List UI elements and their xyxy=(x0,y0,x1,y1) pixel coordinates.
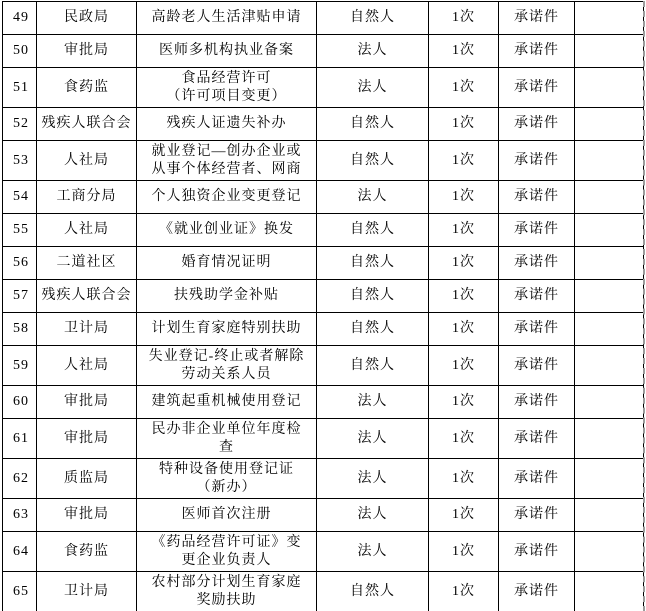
item-name-cell: 《就业创业证》换发 xyxy=(137,214,317,247)
document-page: 49 民政局 高龄老人生活津贴申请 自然人 1次 承诺件 50 审批局 医师多机… xyxy=(0,1,646,611)
item-name-cell: 医师多机构执业备案 xyxy=(137,35,317,68)
department-cell: 审批局 xyxy=(37,386,137,419)
department-cell: 残疾人联合会 xyxy=(37,108,137,141)
item-name-cell: 医师首次注册 xyxy=(137,499,317,532)
frequency-cell: 1次 xyxy=(429,532,499,572)
blank-cell xyxy=(575,346,644,386)
row-number-cell: 57 xyxy=(3,280,37,313)
blank-cell xyxy=(575,247,644,280)
category-cell: 承诺件 xyxy=(499,532,575,572)
item-name-cell: 残疾人证遗失补办 xyxy=(137,108,317,141)
table-row: 54 工商分局 个人独资企业变更登记 法人 1次 承诺件 xyxy=(3,181,644,214)
category-cell: 承诺件 xyxy=(499,459,575,499)
table-row: 57 残疾人联合会 扶残助学金补贴 自然人 1次 承诺件 xyxy=(3,280,644,313)
applicant-type-cell: 自然人 xyxy=(317,346,429,386)
department-cell: 民政局 xyxy=(37,2,137,35)
applicant-type-cell: 法人 xyxy=(317,386,429,419)
category-cell: 承诺件 xyxy=(499,35,575,68)
department-cell: 残疾人联合会 xyxy=(37,280,137,313)
item-name-cell: 扶残助学金补贴 xyxy=(137,280,317,313)
item-name-cell: 民办非企业单位年度检 查 xyxy=(137,419,317,459)
category-cell: 承诺件 xyxy=(499,108,575,141)
frequency-cell: 1次 xyxy=(429,280,499,313)
department-cell: 食药监 xyxy=(37,532,137,572)
item-name-cell: 个人独资企业变更登记 xyxy=(137,181,317,214)
department-cell: 人社局 xyxy=(37,214,137,247)
applicant-type-cell: 自然人 xyxy=(317,108,429,141)
blank-cell xyxy=(575,35,644,68)
row-number-cell: 55 xyxy=(3,214,37,247)
category-cell: 承诺件 xyxy=(499,68,575,108)
row-number-cell: 53 xyxy=(3,141,37,181)
item-name-cell: 《药品经营许可证》变 更企业负责人 xyxy=(137,532,317,572)
table-row: 60 审批局 建筑起重机械使用登记 法人 1次 承诺件 xyxy=(3,386,644,419)
blank-cell xyxy=(575,2,644,35)
blank-cell xyxy=(575,313,644,346)
frequency-cell: 1次 xyxy=(429,35,499,68)
category-cell: 承诺件 xyxy=(499,419,575,459)
frequency-cell: 1次 xyxy=(429,346,499,386)
table-row: 51 食药监 食品经营许可 （许可项目变更） 法人 1次 承诺件 xyxy=(3,68,644,108)
row-number-cell: 64 xyxy=(3,532,37,572)
table-row: 52 残疾人联合会 残疾人证遗失补办 自然人 1次 承诺件 xyxy=(3,108,644,141)
applicant-type-cell: 法人 xyxy=(317,499,429,532)
category-cell: 承诺件 xyxy=(499,2,575,35)
blank-cell xyxy=(575,108,644,141)
applicant-type-cell: 法人 xyxy=(317,419,429,459)
department-cell: 审批局 xyxy=(37,419,137,459)
frequency-cell: 1次 xyxy=(429,499,499,532)
category-cell: 承诺件 xyxy=(499,499,575,532)
blank-cell xyxy=(575,141,644,181)
item-name-cell: 食品经营许可 （许可项目变更） xyxy=(137,68,317,108)
frequency-cell: 1次 xyxy=(429,181,499,214)
item-name-cell: 失业登记-终止或者解除 劳动关系人员 xyxy=(137,346,317,386)
row-number-cell: 50 xyxy=(3,35,37,68)
blank-cell xyxy=(575,499,644,532)
item-name-cell: 建筑起重机械使用登记 xyxy=(137,386,317,419)
department-cell: 人社局 xyxy=(37,141,137,181)
row-number-cell: 63 xyxy=(3,499,37,532)
table-row: 55 人社局 《就业创业证》换发 自然人 1次 承诺件 xyxy=(3,214,644,247)
applicant-type-cell: 自然人 xyxy=(317,2,429,35)
applicant-type-cell: 法人 xyxy=(317,459,429,499)
table-body: 49 民政局 高龄老人生活津贴申请 自然人 1次 承诺件 50 审批局 医师多机… xyxy=(3,2,644,611)
applicant-type-cell: 自然人 xyxy=(317,247,429,280)
frequency-cell: 1次 xyxy=(429,214,499,247)
item-name-cell: 计划生育家庭特别扶助 xyxy=(137,313,317,346)
frequency-cell: 1次 xyxy=(429,386,499,419)
row-number-cell: 65 xyxy=(3,572,37,611)
frequency-cell: 1次 xyxy=(429,313,499,346)
item-name-cell: 特种设备使用登记证 （新办） xyxy=(137,459,317,499)
row-number-cell: 54 xyxy=(3,181,37,214)
category-cell: 承诺件 xyxy=(499,141,575,181)
department-cell: 卫计局 xyxy=(37,313,137,346)
applicant-type-cell: 法人 xyxy=(317,532,429,572)
table-row: 58 卫计局 计划生育家庭特别扶助 自然人 1次 承诺件 xyxy=(3,313,644,346)
category-cell: 承诺件 xyxy=(499,572,575,611)
frequency-cell: 1次 xyxy=(429,2,499,35)
frequency-cell: 1次 xyxy=(429,141,499,181)
row-number-cell: 60 xyxy=(3,386,37,419)
category-cell: 承诺件 xyxy=(499,247,575,280)
item-name-cell: 高龄老人生活津贴申请 xyxy=(137,2,317,35)
frequency-cell: 1次 xyxy=(429,459,499,499)
table-row: 64 食药监 《药品经营许可证》变 更企业负责人 法人 1次 承诺件 xyxy=(3,532,644,572)
department-cell: 食药监 xyxy=(37,68,137,108)
applicant-type-cell: 自然人 xyxy=(317,214,429,247)
frequency-cell: 1次 xyxy=(429,572,499,611)
page-margin-guide xyxy=(643,1,645,611)
department-cell: 审批局 xyxy=(37,499,137,532)
row-number-cell: 51 xyxy=(3,68,37,108)
row-number-cell: 56 xyxy=(3,247,37,280)
row-number-cell: 59 xyxy=(3,346,37,386)
category-cell: 承诺件 xyxy=(499,346,575,386)
row-number-cell: 52 xyxy=(3,108,37,141)
blank-cell xyxy=(575,280,644,313)
applicant-type-cell: 自然人 xyxy=(317,280,429,313)
item-name-cell: 就业登记—创办企业或 从事个体经营者、网商 xyxy=(137,141,317,181)
table-row: 65 卫计局 农村部分计划生育家庭 奖励扶助 自然人 1次 承诺件 xyxy=(3,572,644,611)
row-number-cell: 49 xyxy=(3,2,37,35)
approval-items-table: 49 民政局 高龄老人生活津贴申请 自然人 1次 承诺件 50 审批局 医师多机… xyxy=(2,1,644,611)
department-cell: 二道社区 xyxy=(37,247,137,280)
blank-cell xyxy=(575,532,644,572)
row-number-cell: 58 xyxy=(3,313,37,346)
table-row: 62 质监局 特种设备使用登记证 （新办） 法人 1次 承诺件 xyxy=(3,459,644,499)
blank-cell xyxy=(575,419,644,459)
department-cell: 质监局 xyxy=(37,459,137,499)
table-row: 50 审批局 医师多机构执业备案 法人 1次 承诺件 xyxy=(3,35,644,68)
table-row: 56 二道社区 婚育情况证明 自然人 1次 承诺件 xyxy=(3,247,644,280)
blank-cell xyxy=(575,181,644,214)
frequency-cell: 1次 xyxy=(429,419,499,459)
frequency-cell: 1次 xyxy=(429,247,499,280)
category-cell: 承诺件 xyxy=(499,386,575,419)
department-cell: 审批局 xyxy=(37,35,137,68)
applicant-type-cell: 自然人 xyxy=(317,141,429,181)
category-cell: 承诺件 xyxy=(499,280,575,313)
table-row: 49 民政局 高龄老人生活津贴申请 自然人 1次 承诺件 xyxy=(3,2,644,35)
frequency-cell: 1次 xyxy=(429,68,499,108)
item-name-cell: 婚育情况证明 xyxy=(137,247,317,280)
table-row: 59 人社局 失业登记-终止或者解除 劳动关系人员 自然人 1次 承诺件 xyxy=(3,346,644,386)
applicant-type-cell: 自然人 xyxy=(317,572,429,611)
blank-cell xyxy=(575,214,644,247)
table-row: 63 审批局 医师首次注册 法人 1次 承诺件 xyxy=(3,499,644,532)
applicant-type-cell: 法人 xyxy=(317,35,429,68)
blank-cell xyxy=(575,572,644,611)
applicant-type-cell: 法人 xyxy=(317,181,429,214)
table-row: 53 人社局 就业登记—创办企业或 从事个体经营者、网商 自然人 1次 承诺件 xyxy=(3,141,644,181)
row-number-cell: 62 xyxy=(3,459,37,499)
table-row: 61 审批局 民办非企业单位年度检 查 法人 1次 承诺件 xyxy=(3,419,644,459)
category-cell: 承诺件 xyxy=(499,181,575,214)
frequency-cell: 1次 xyxy=(429,108,499,141)
category-cell: 承诺件 xyxy=(499,214,575,247)
blank-cell xyxy=(575,459,644,499)
row-number-cell: 61 xyxy=(3,419,37,459)
department-cell: 工商分局 xyxy=(37,181,137,214)
applicant-type-cell: 自然人 xyxy=(317,313,429,346)
department-cell: 卫计局 xyxy=(37,572,137,611)
category-cell: 承诺件 xyxy=(499,313,575,346)
blank-cell xyxy=(575,68,644,108)
applicant-type-cell: 法人 xyxy=(317,68,429,108)
blank-cell xyxy=(575,386,644,419)
department-cell: 人社局 xyxy=(37,346,137,386)
item-name-cell: 农村部分计划生育家庭 奖励扶助 xyxy=(137,572,317,611)
